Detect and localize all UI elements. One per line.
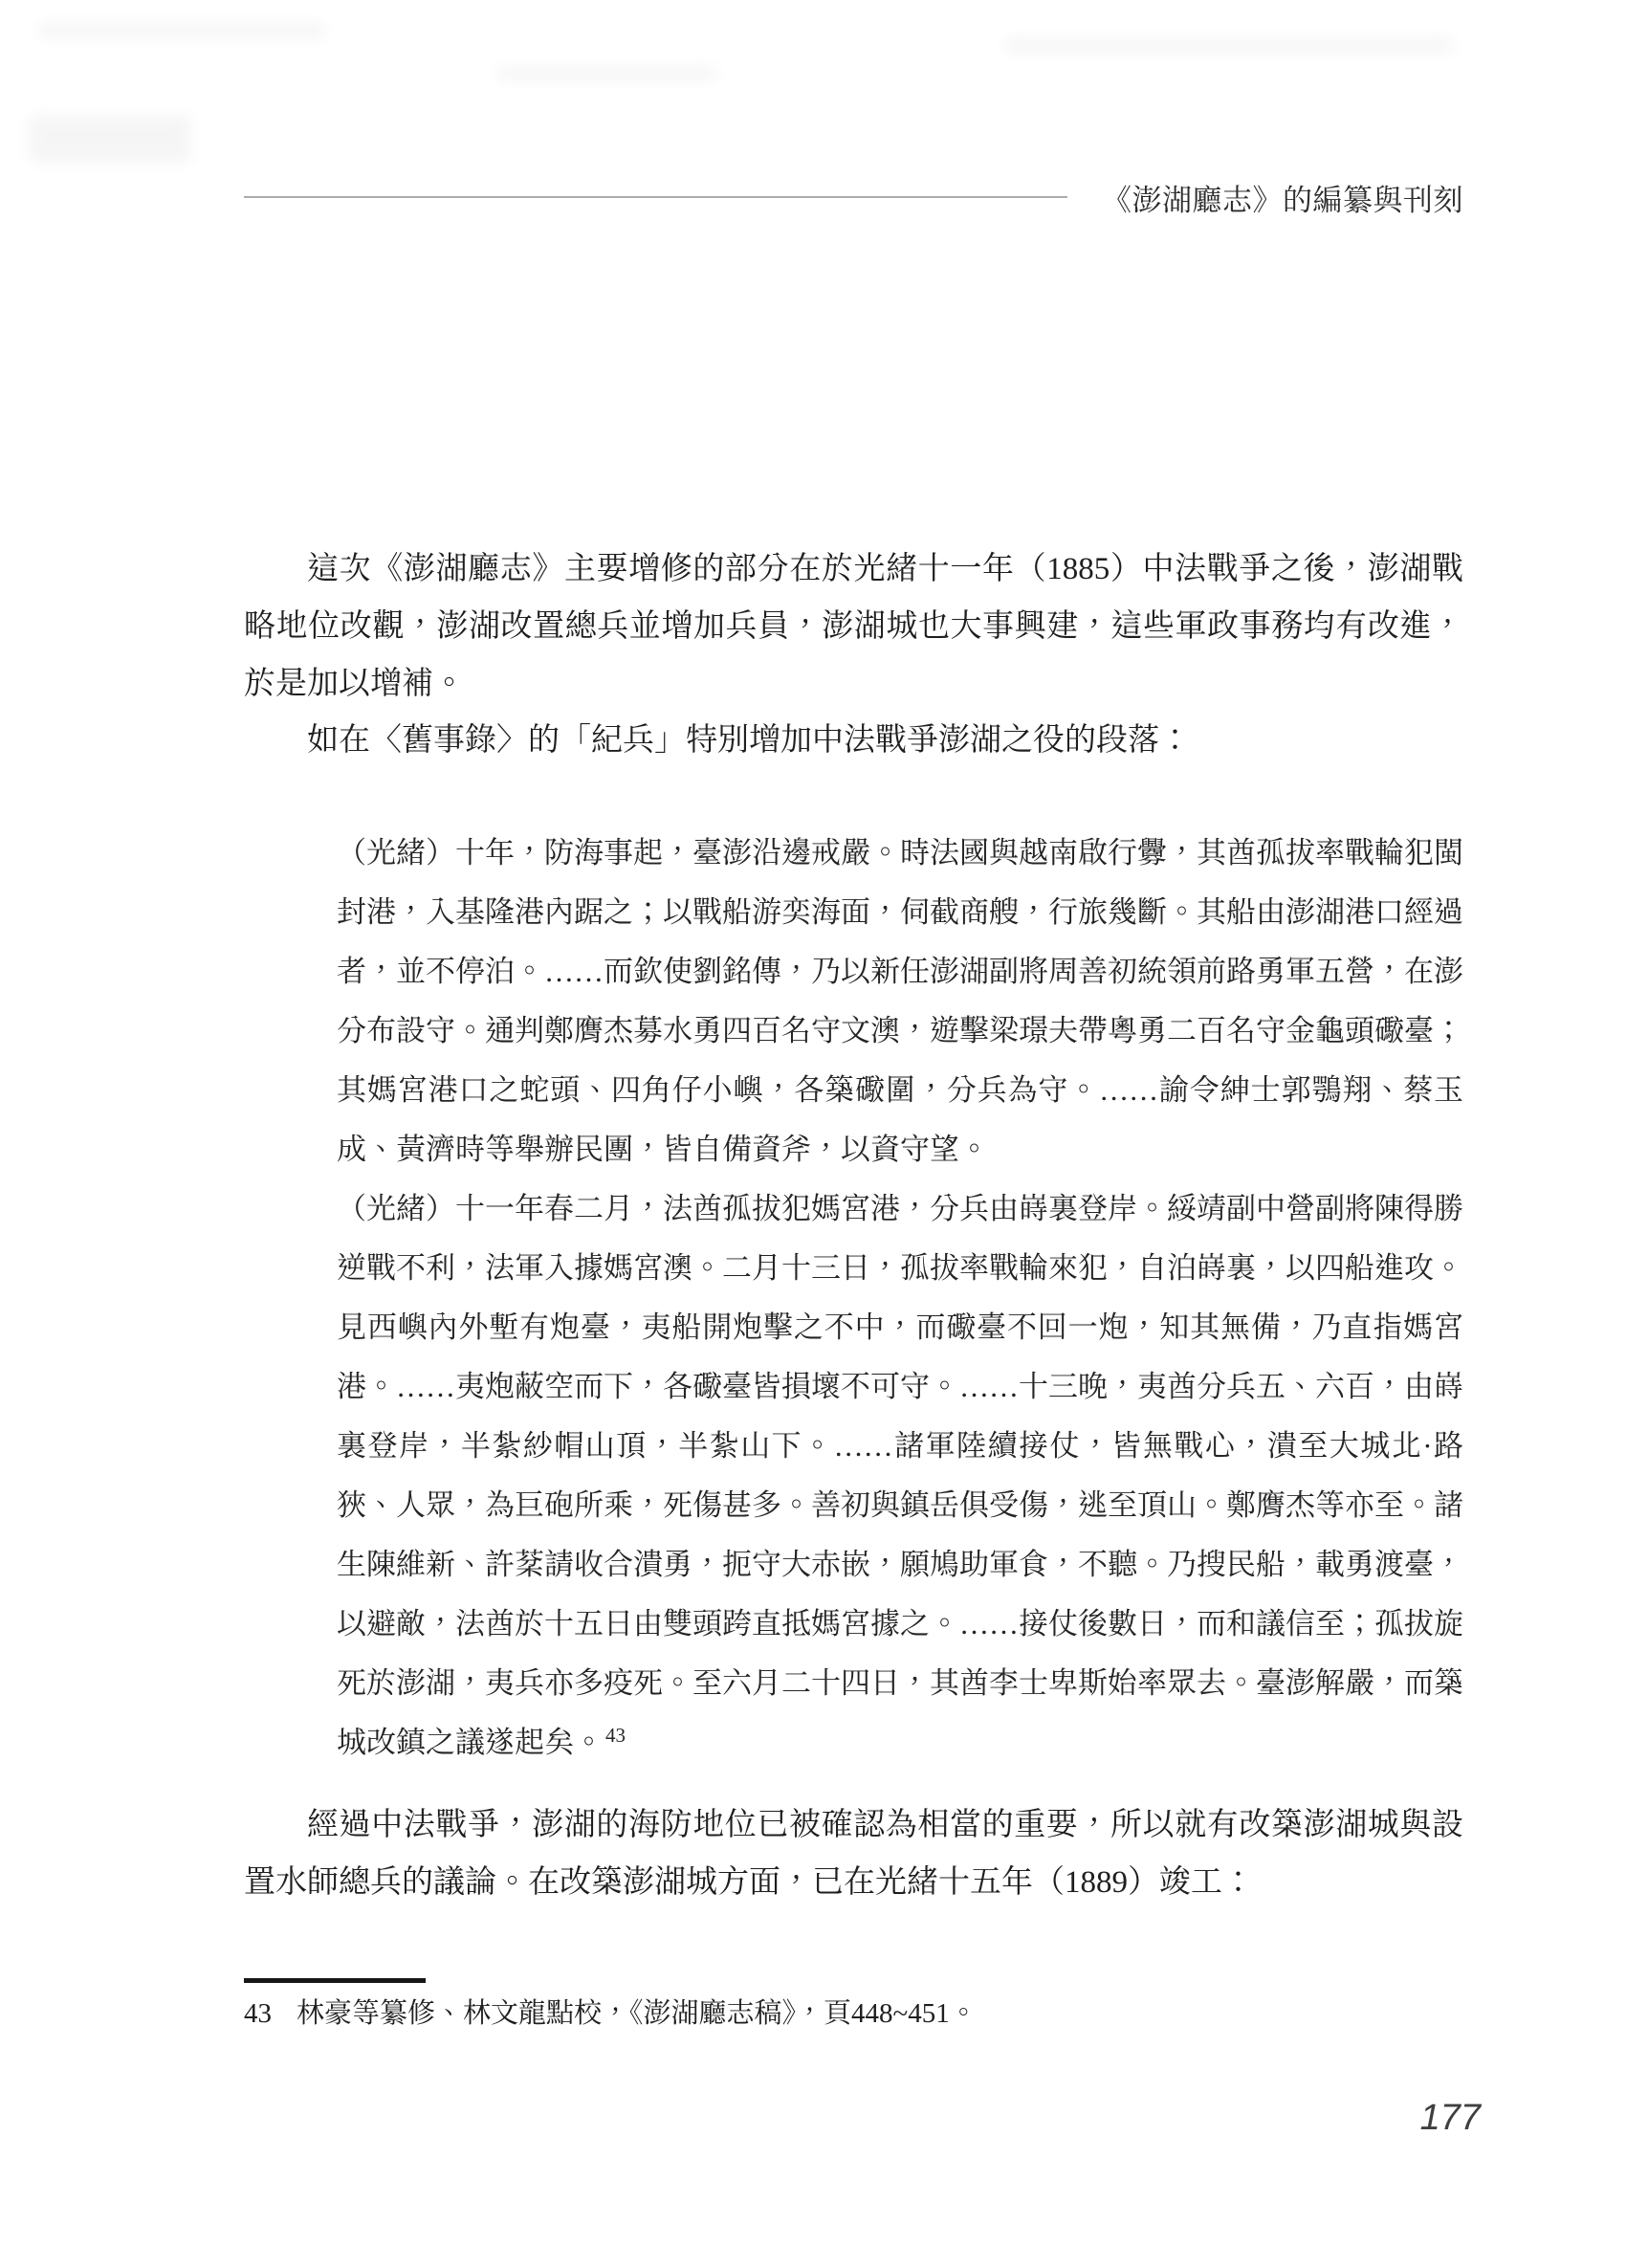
scan-artifact	[38, 23, 325, 38]
header-rule	[244, 196, 1067, 198]
paragraph-lead-in: 如在〈舊事錄〉的「紀兵」特別增加中法戰爭澎湖之役的段落：	[244, 712, 1463, 769]
footnote-text: 林豪等纂修、林文龍點校，《澎湖廳志稿》，頁448~451。	[297, 1998, 978, 2029]
page-number: 177	[1420, 2098, 1481, 2139]
scan-artifact	[1004, 38, 1454, 53]
running-header: 《澎湖廳志》的編纂與刊刻	[244, 175, 1463, 219]
footnote-number: 43	[244, 1998, 272, 2029]
running-header-title: 《澎湖廳志》的編纂與刊刻	[1102, 176, 1463, 219]
scan-artifact	[497, 67, 717, 80]
footnote: 43林豪等纂修、林文龍點校，《澎湖廳志稿》，頁448~451。	[244, 1993, 1463, 2034]
paragraph-intro: 這次《澎湖廳志》主要增修的部分在於光緒十一年（1885）中法戰爭之後，澎湖戰略地…	[244, 540, 1463, 713]
block-quote: （光緒）十年，防海事起，臺澎沿邊戒嚴。時法國與越南啟行釁，其酋孤拔率戰輪犯閩封港…	[337, 824, 1463, 1773]
document-page: 《澎湖廳志》的編纂與刊刻 這次《澎湖廳志》主要增修的部分在於光緒十一年（1885…	[0, 0, 1626, 2268]
quote-paragraph-2: （光緒）十一年春二月，法酋孤拔犯媽宮港，分兵由嵵裏登岸。綏靖副中營副將陳得勝逆戰…	[337, 1179, 1463, 1773]
paragraph-closing: 經過中法戰爭，澎湖的海防地位已被確認為相當的重要，所以就有改築澎湖城與設置水師總…	[244, 1796, 1463, 1911]
footnote-rule	[244, 1978, 426, 1983]
quote-paragraph-2-text: （光緒）十一年春二月，法酋孤拔犯媽宮港，分兵由嵵裏登岸。綏靖副中營副將陳得勝逆戰…	[337, 1192, 1463, 1759]
footnote-ref-marker: 43	[605, 1724, 626, 1747]
quote-paragraph-1: （光緒）十年，防海事起，臺澎沿邊戒嚴。時法國與越南啟行釁，其酋孤拔率戰輪犯閩封港…	[337, 824, 1463, 1179]
scan-artifact	[29, 115, 191, 163]
